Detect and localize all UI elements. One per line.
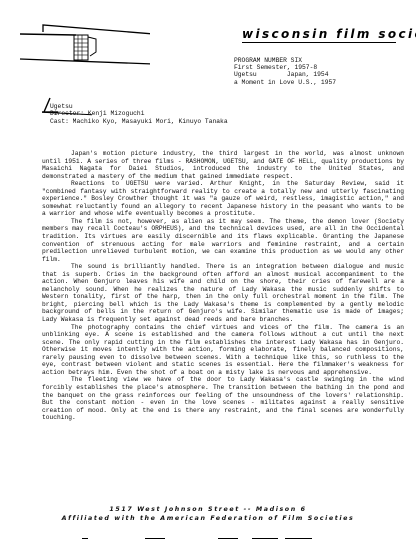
short-film-line: a Moment in Love U.S., 1957 (234, 79, 336, 86)
film-credits: Ugetsu Director: Kenji Mizoguchi Cast: M… (50, 103, 228, 125)
footer-address: 1517 West Johnson Street -- Madison 6 (0, 505, 416, 514)
film-cast: Cast: Machiko Kyo, Masayuki Mori, Kinuyo… (50, 118, 228, 125)
paragraph: Reactions to UGETSU were varied. Arthur … (42, 180, 404, 218)
scan-mark (252, 538, 278, 539)
program-number: PROGRAM NUMBER SIX (234, 57, 336, 64)
feature-film-line: Ugetsu Japan, 1954 (234, 71, 336, 78)
film-director: Director: Kenji Mizoguchi (50, 110, 228, 117)
scan-mark (145, 538, 165, 539)
page-footer: 1517 West Johnson Street -- Madison 6 Af… (0, 505, 416, 523)
scan-mark (285, 538, 312, 539)
review-body: Japan's motion picture industry, the thi… (42, 150, 404, 422)
paragraph: The fleeting view we have of the door to… (42, 376, 404, 421)
scan-mark (82, 538, 88, 539)
film-title: Ugetsu (50, 103, 228, 110)
paragraph: The sound is brilliantly handled. There … (42, 263, 404, 323)
paragraph: Japan's motion picture industry, the thi… (42, 150, 404, 180)
film-projector-logo-icon (10, 22, 150, 66)
paragraph: The film is not, however, as alien as it… (42, 218, 404, 263)
paragraph: The photography contains the chief virtu… (42, 324, 404, 377)
scan-mark (218, 538, 238, 539)
organization-masthead: wisconsin film society (242, 27, 396, 43)
program-info: PROGRAM NUMBER SIXFirst Semester, 1957-8… (234, 57, 336, 86)
semester: First Semester, 1957-8 (234, 64, 336, 71)
footer-affiliation: Affiliated with the American Federation … (0, 514, 416, 523)
